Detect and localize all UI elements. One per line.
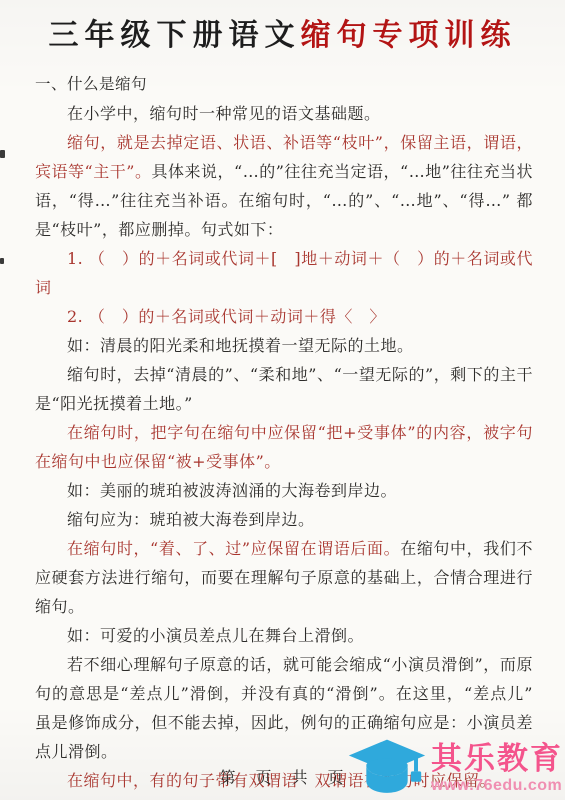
brand-url: www.76edu.com xyxy=(431,776,562,796)
document-page: 三年级下册语文缩句专项训练 一、什么是缩句 在小学中，缩句时一种常见的语文基础题… xyxy=(0,0,565,800)
paragraph-text-red: 在缩句时，“着、了、过”应保留在谓语后面。 xyxy=(67,539,400,558)
paragraph-definition: 缩句，就是去掉定语、状语、补语等“枝叶”，保留主语，谓语，宾语等“主干”。具体来… xyxy=(35,128,533,244)
title-black-part: 三年级下册语文 xyxy=(49,18,301,53)
title-red-part: 缩句专项训练 xyxy=(301,18,517,53)
brand-watermark: 其乐教育 www.76edu.com xyxy=(347,738,563,800)
paragraph-text: 在小学中，缩句时一种常见的语文基础题。 xyxy=(67,104,381,123)
paragraph-example-1-answer: 缩句时，去掉“清晨的”、“柔和地”、“一望无际的”，剩下的主干是“阳光抚摸着土地… xyxy=(35,360,533,418)
paragraph-example-2: 如：美丽的琥珀被波涛汹涌的大海卷到岸边。 xyxy=(35,476,533,505)
graduation-cap-icon xyxy=(347,738,427,800)
paragraph-rule-ba-bei: 在缩句时，把字句在缩句中应保留“把+受事体”的内容，被字句在缩句中也应保留“被+… xyxy=(35,418,533,476)
paragraph-text: 缩句时，去掉“清晨的”、“柔和地”、“一望无际的”，剩下的主干是“阳光抚摸着土地… xyxy=(35,365,533,413)
paragraph-example-2-answer: 缩句应为：琥珀被大海卷到岸边。 xyxy=(35,505,533,534)
paragraph-text: 如：美丽的琥珀被波涛汹涌的大海卷到岸边。 xyxy=(67,481,397,500)
formula-line-1: 1. （ ）的＋名词或代词＋[ ]地＋动词＋（ ）的＋名词或代词 xyxy=(35,244,533,302)
paragraph-intro: 在小学中，缩句时一种常见的语文基础题。 xyxy=(35,99,533,128)
document-title: 三年级下册语文缩句专项训练 xyxy=(0,0,565,54)
paragraph-example-1: 如：清晨的阳光柔和地抚摸着一望无际的土地。 xyxy=(35,331,533,360)
paragraph-example-3: 如：可爱的小演员差点儿在舞台上滑倒。 xyxy=(35,621,533,650)
document-body: 一、什么是缩句 在小学中，缩句时一种常见的语文基础题。 缩句，就是去掉定语、状语… xyxy=(35,70,533,795)
scan-artifact xyxy=(0,258,4,264)
brand-name: 其乐教育 xyxy=(431,742,563,776)
brand-text-block: 其乐教育 www.76edu.com xyxy=(431,742,563,796)
section-heading: 一、什么是缩句 xyxy=(35,70,533,99)
paragraph-rule-zhe-le-guo: 在缩句时，“着、了、过”应保留在谓语后面。在缩句中，我们不应硬套方法进行缩句，而… xyxy=(35,534,533,621)
formula-line-2: 2. （ ）的＋名词或代词＋动词＋得〈 〉 xyxy=(35,302,533,331)
paragraph-text-red: 在缩句时，把字句在缩句中应保留“把+受事体”的内容，被字句在缩句中也应保留“被+… xyxy=(35,423,533,471)
scan-artifact xyxy=(0,150,5,158)
paragraph-text: 如：可爱的小演员差点儿在舞台上滑倒。 xyxy=(67,626,364,645)
paragraph-text: 如：清晨的阳光柔和地抚摸着一望无际的土地。 xyxy=(67,336,414,355)
paragraph-text: 缩句应为：琥珀被大海卷到岸边。 xyxy=(67,510,315,529)
